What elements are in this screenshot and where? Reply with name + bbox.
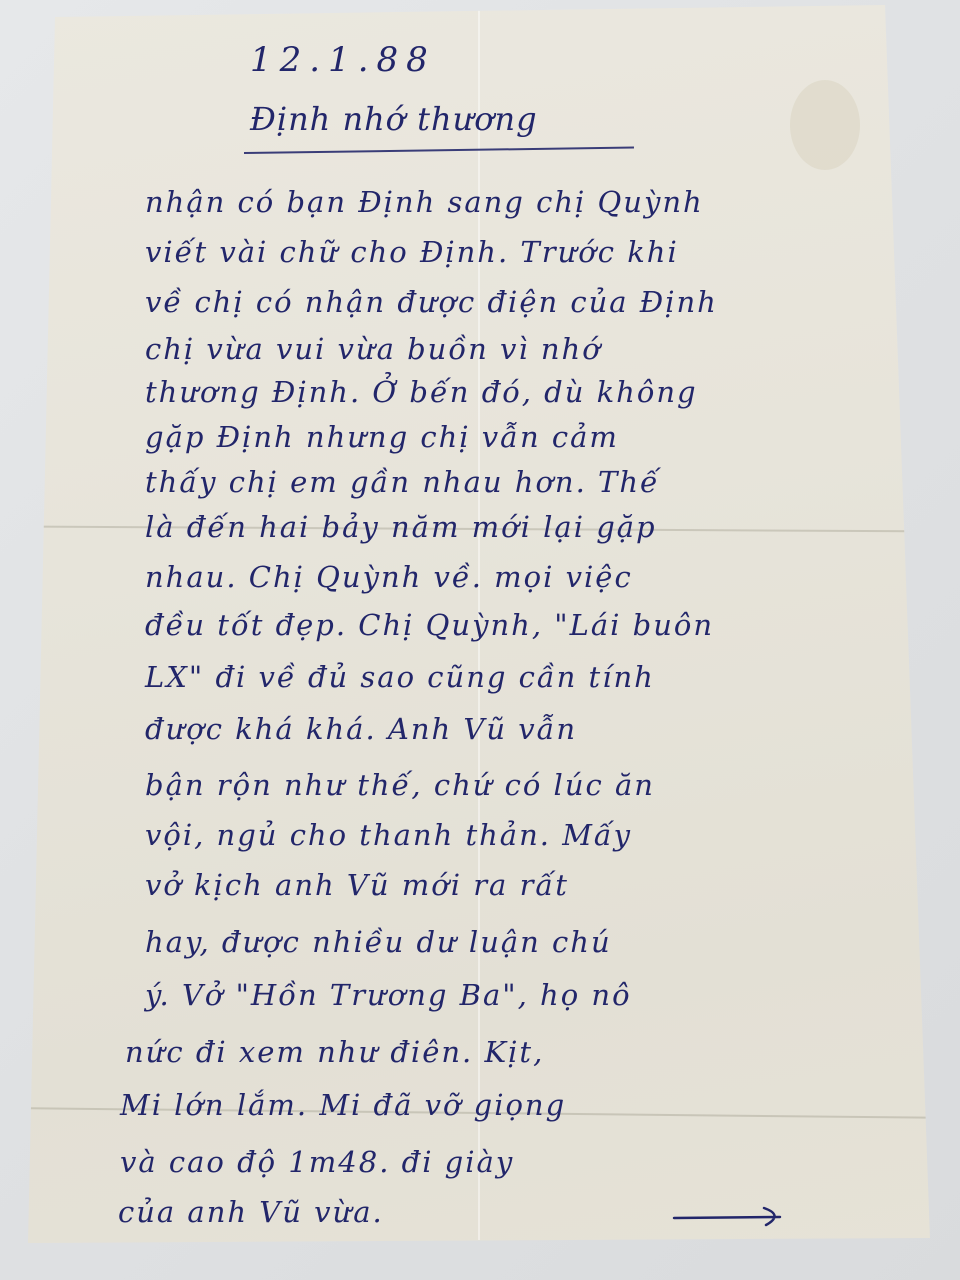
- letter-line: LX" đi về đủ sao cũng cần tính: [145, 660, 655, 694]
- letter-line: là đến hai bảy năm mới lại gặp: [145, 510, 657, 544]
- letter-line: nức đi xem như điên. Kịt,: [125, 1035, 544, 1069]
- letter-line: chị vừa vui vừa buồn vì nhớ: [145, 332, 602, 366]
- letter-line: nhau. Chị Quỳnh về. mọi việc: [145, 560, 633, 594]
- letter-line: thấy chị em gần nhau hơn. Thế: [145, 465, 660, 499]
- letter-line: của anh Vũ vừa.: [118, 1195, 384, 1229]
- letter-date: 12.1.88: [250, 40, 436, 80]
- letter-line: nhận có bạn Định sang chị Quỳnh: [145, 185, 704, 219]
- letter-line: viết vài chữ cho Định. Trước khi: [145, 235, 679, 269]
- letter-line: vở kịch anh Vũ mới ra rất: [145, 868, 569, 902]
- letter-line: và cao độ 1m48. đi giày: [120, 1145, 514, 1179]
- continuation-arrow-icon: [672, 1205, 787, 1227]
- letter-line: về chị có nhận được điện của Định: [145, 285, 718, 319]
- letter-greeting: Định nhớ thương: [250, 100, 538, 138]
- letter-line: hay, được nhiều dư luận chú: [145, 925, 612, 959]
- letter-line: được khá khá. Anh Vũ vẫn: [145, 712, 577, 746]
- paper-stain: [790, 80, 860, 170]
- letter-line: Mi lớn lắm. Mi đã vỡ giọng: [120, 1088, 566, 1122]
- letter-line: đều tốt đẹp. Chị Quỳnh, "Lái buôn: [145, 608, 714, 642]
- letter-line: ý. Vở "Hồn Trương Ba", họ nô: [145, 978, 632, 1012]
- letter-line: vội, ngủ cho thanh thản. Mấy: [145, 818, 632, 852]
- letter-line: gặp Định nhưng chị vẫn cảm: [145, 420, 619, 454]
- letter-line: thương Định. Ở bến đó, dù không: [145, 375, 698, 409]
- letter-line: bận rộn như thế, chứ có lúc ăn: [145, 768, 655, 802]
